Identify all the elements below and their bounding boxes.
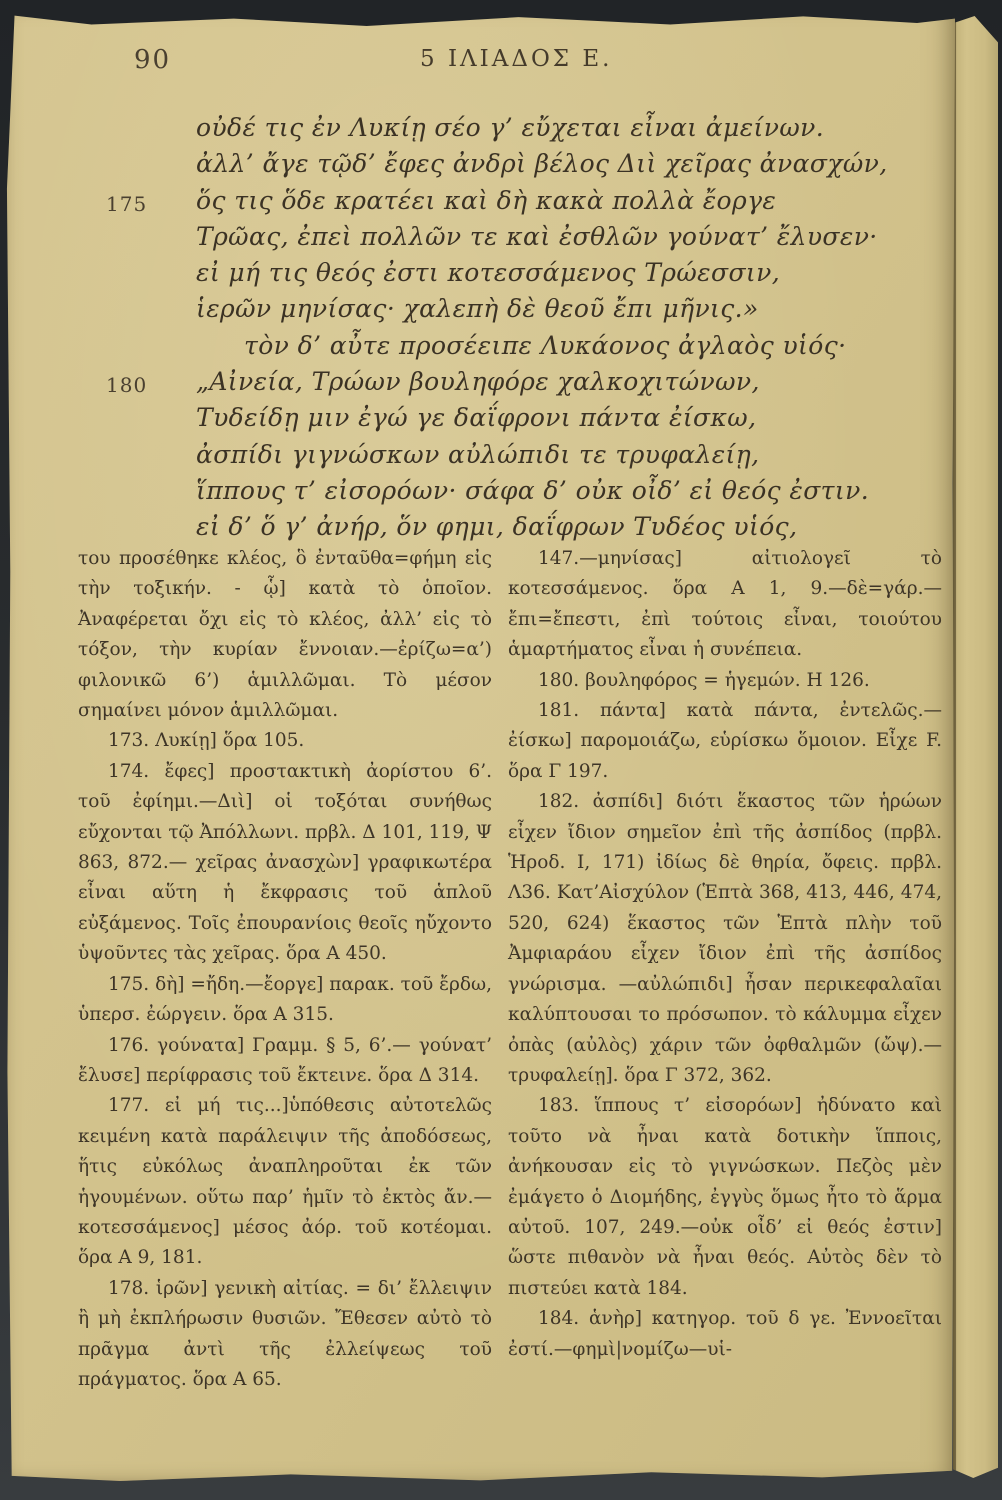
verse-text: Τυδείδῃ μιν ἐγώ γε δαΐφρονι πάντα ἐίσκω, bbox=[196, 403, 756, 432]
commentary-paragraph: 174. ἔφες] προστακτικὴ ἀορίστου 6’. τοῦ … bbox=[78, 757, 492, 970]
verse-text: τὸν δ’ αὖτε προσέειπε Λυκάονος ἀγλαὸς υἱ… bbox=[244, 331, 846, 360]
verse-text: ἱερῶν μηνίσας· χαλεπὴ δὲ θεοῦ ἔπι μῆνις.… bbox=[196, 294, 759, 323]
verse-text: ἵππους τ’ εἰσορόων· σάφα δ’ οὐκ οἶδ’ εἰ … bbox=[196, 476, 869, 505]
commentary-paragraph: 182. ἀσπίδι] διότι ἕκαστος τῶν ἡρώων εἶχ… bbox=[508, 787, 942, 1091]
book-page: 90 5 ΙΛΙΑΔΟΣ Ε. οὐδέ τις ἐν Λυκίῃ σέο γ’… bbox=[6, 12, 955, 1484]
commentary-paragraph: 178. ἱρῶν] γενικὴ αἰτίας. = δι’ ἔλλειψιν… bbox=[78, 1274, 492, 1396]
commentary-paragraph: 147.—μηνίσας] αἰτιολογεῖ τὸ κοτεσσάμενος… bbox=[508, 544, 942, 666]
verse-line: εἰ μή τις θεός ἐστι κοτεσσάμενος Τρώεσσι… bbox=[6, 258, 955, 294]
commentary-paragraph: 183. ἵππους τ’ εἰσορόων] ἠδύνατο καὶ τοῦ… bbox=[508, 1091, 942, 1304]
commentary-paragraph: 180. βουληφόρος = ἡγεμών. Η 126. bbox=[508, 666, 942, 696]
verse-line: 175 ὅς τις ὅδε κρατέει καὶ δὴ κακὰ πολλὰ… bbox=[6, 186, 955, 222]
verse-line-number: 175 bbox=[106, 192, 147, 216]
verse-line: Τρῶας, ἐπεὶ πολλῶν τε καὶ ἐσθλῶν γούνατ’… bbox=[6, 222, 955, 258]
page-fore-edge bbox=[953, 16, 998, 1478]
verse-line: τὸν δ’ αὖτε προσέειπε Λυκάονος ἀγλαὸς υἱ… bbox=[6, 331, 955, 367]
commentary-paragraph: 176. γούνατα] Γραμμ. § 5, 6’.— γούνατ’ ἔ… bbox=[78, 1031, 492, 1092]
verse-block: οὐδέ τις ἐν Λυκίῃ σέο γ’ εὔχεται εἶναι ἀ… bbox=[6, 113, 955, 549]
commentary-paragraph: 175. δὴ] =ἤδη.—ἔοργε] παρακ. τοῦ ἔρδω, ὑ… bbox=[78, 970, 492, 1031]
verse-text: Τρῶας, ἐπεὶ πολλῶν τε καὶ ἐσθλῶν γούνατ’… bbox=[196, 222, 878, 251]
verse-text: οὐδέ τις ἐν Λυκίῃ σέο γ’ εὔχεται εἶναι ἀ… bbox=[196, 113, 824, 142]
verse-line: ἵππους τ’ εἰσορόων· σάφα δ’ οὐκ οἶδ’ εἰ … bbox=[6, 476, 955, 512]
verse-line-number: 180 bbox=[106, 373, 147, 397]
commentary-column-right: 147.—μηνίσας] αἰτιολογεῖ τὸ κοτεσσάμενος… bbox=[508, 544, 942, 1365]
verse-line: 180 „Αἰνεία, Τρώων βουληφόρε χαλκοχιτώνω… bbox=[6, 367, 955, 403]
verse-line: ἀσπίδι γιγνώσκων αὐλώπιδι τε τρυφαλείῃ, bbox=[6, 440, 955, 476]
commentary-paragraph: του προσέθηκε κλέος, ὃ ἐνταῦθα=φήμη εἰς … bbox=[78, 544, 492, 726]
verse-text: ἀλλ’ ἄγε τῷδ’ ἔφες ἀνδρὶ βέλος Διὶ χεῖρα… bbox=[196, 149, 888, 178]
commentary-paragraph: 184. ἁνὴρ] κατηγορ. τοῦ δ γε. Ἐννοεῖται … bbox=[508, 1304, 942, 1365]
commentary-paragraph: 173. Λυκίῃ] ὅρα 105. bbox=[78, 726, 492, 756]
commentary-paragraph: 181. πάντα] κατὰ πάντα, ἐντελῶς.—ἐίσκω] … bbox=[508, 696, 942, 787]
verse-line: ἱερῶν μηνίσας· χαλεπὴ δὲ θεοῦ ἔπι μῆνις.… bbox=[6, 294, 955, 330]
verse-line: οὐδέ τις ἐν Λυκίῃ σέο γ’ εὔχεται εἶναι ἀ… bbox=[6, 113, 955, 149]
commentary-column-left: του προσέθηκε κλέος, ὃ ἐνταῦθα=φήμη εἰς … bbox=[78, 544, 492, 1395]
verse-line: Τυδείδῃ μιν ἐγώ γε δαΐφρονι πάντα ἐίσκω, bbox=[6, 403, 955, 439]
commentary-paragraph: 177. εἰ μή τις...]ὑπόθεσις αὐτοτελῶς κει… bbox=[78, 1091, 492, 1273]
verse-text: „Αἰνεία, Τρώων βουληφόρε χαλκοχιτώνων, bbox=[196, 367, 760, 396]
running-head-title: 5 ΙΛΙΑΔΟΣ Ε. bbox=[420, 46, 612, 72]
verse-text: εἰ δ’ ὅ γ’ ἀνήρ, ὅν φημι, δαΐφρων Τυδέος… bbox=[196, 512, 797, 541]
verse-text: ὅς τις ὅδε κρατέει καὶ δὴ κακὰ πολλὰ ἔορ… bbox=[196, 186, 776, 215]
verse-text: εἰ μή τις θεός ἐστι κοτεσσάμενος Τρώεσσι… bbox=[196, 258, 780, 287]
book-photo-background: 90 5 ΙΛΙΑΔΟΣ Ε. οὐδέ τις ἐν Λυκίῃ σέο γ’… bbox=[0, 0, 1002, 1500]
verse-line: ἀλλ’ ἄγε τῷδ’ ἔφες ἀνδρὶ βέλος Διὶ χεῖρα… bbox=[6, 149, 955, 185]
verse-text: ἀσπίδι γιγνώσκων αὐλώπιδι τε τρυφαλείῃ, bbox=[196, 440, 759, 469]
page-number: 90 bbox=[134, 45, 171, 75]
